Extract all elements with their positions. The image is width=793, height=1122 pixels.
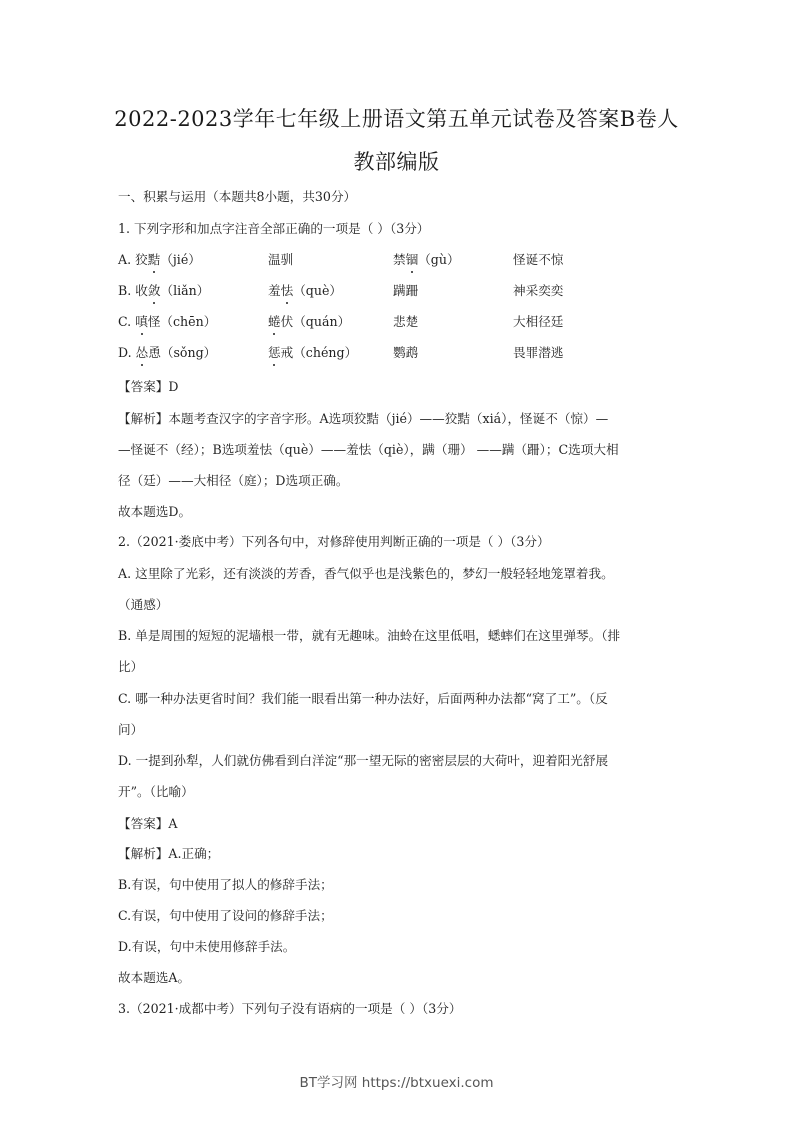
- q2-option-line-3: B. 单是周围的短短的泥墙根一带，就有无趣味。油蛉在这里低唱，蟋蟀们在这里弹琴。…: [118, 625, 620, 644]
- q2-option-line-2: （通感）: [118, 594, 168, 613]
- question-3-stem: 3.（2021·成都中考）下列句子没有语病的一项是（ ）（3分）: [118, 998, 461, 1017]
- q2-analysis-line-2: B.有误，句中使用了拟人的修辞手法；: [118, 874, 333, 893]
- q2-option-line-4: 比）: [118, 656, 143, 675]
- q1-d-cell-2: 惩戒（chéng）: [268, 342, 357, 361]
- q1-c-cell-4: 大相径廷: [513, 311, 563, 330]
- q1-a-cell-4: 怪诞不惊: [513, 249, 563, 268]
- q1-conclusion: 故本题选D。: [118, 501, 191, 520]
- q1-b-cell-2: 羞怯（què）: [268, 280, 342, 299]
- q2-answer: 【答案】A: [118, 813, 177, 832]
- question-1-stem: 1. 下列字形和加点字注音全部正确的一项是（ ）（3分）: [118, 218, 429, 237]
- q1-analysis-line-3: 径（廷）——大相径（庭）；D选项正确。: [118, 470, 349, 489]
- q1-a-cell-1: A. 狡黠（jié）: [118, 249, 201, 268]
- q1-a-cell-2: 温驯: [268, 249, 293, 268]
- q2-analysis-line-4: D.有误，句中未使用修辞手法。: [118, 936, 295, 955]
- q2-option-line-1: A. 这里除了光彩，还有淡淡的芳香，香气似乎也是浅紫色的，梦幻一般轻轻地笼罩着我…: [118, 563, 614, 582]
- q1-b-cell-1: B. 收敛（liǎn）: [118, 280, 209, 299]
- q1-b-cell-4: 神采奕奕: [513, 280, 563, 299]
- q1-d-cell-4: 畏罪潜逃: [513, 342, 563, 361]
- q1-b-cell-3: 蹒跚: [393, 280, 418, 299]
- q2-option-line-6: 问）: [118, 719, 143, 738]
- document-page: 2022-2023学年七年级上册语文第五单元试卷及答案B卷人 教部编版 一、积累…: [0, 0, 793, 1122]
- q1-c-cell-3: 悲楚: [393, 311, 418, 330]
- q1-answer: 【答案】D: [118, 376, 178, 395]
- q1-analysis-line-2: —怪诞不（经）；B选项羞怯（què）——羞怯（qiè），蹒（珊） ——蹒（跚）；…: [118, 439, 619, 458]
- q2-conclusion: 故本题选A。: [118, 967, 190, 986]
- q2-analysis-line-1: 【解析】A.正确；: [118, 843, 219, 862]
- q1-d-cell-1: D. 怂恿（sǒng）: [118, 342, 216, 361]
- site-watermark: BT学习网 https://btxuexi.com: [0, 1071, 793, 1091]
- q1-c-cell-2: 蜷伏（quán）: [268, 311, 350, 330]
- q1-c-cell-1: C. 嗔怪（chēn）: [118, 311, 216, 330]
- q1-option-a: A. 狡黠（jié） 温驯 禁锢（gù） 怪诞不惊: [118, 249, 718, 269]
- q1-d-cell-3: 鹦鹉: [393, 342, 418, 361]
- q2-option-line-8: 开”。（比喻）: [118, 781, 194, 800]
- q1-option-b: B. 收敛（liǎn） 羞怯（què） 蹒跚 神采奕奕: [118, 280, 718, 300]
- q1-option-c: C. 嗔怪（chēn） 蜷伏（quán） 悲楚 大相径廷: [118, 311, 718, 331]
- q2-option-line-5: C. 哪一种办法更省时间？我们能一眼看出第一种办法好，后面两种办法都“窝了工”。…: [118, 688, 608, 707]
- q1-option-d: D. 怂恿（sǒng） 惩戒（chéng） 鹦鹉 畏罪潜逃: [118, 342, 718, 362]
- question-2-stem: 2.（2021·娄底中考）下列各句中，对修辞使用判断正确的一项是（ ）（3分）: [118, 531, 550, 550]
- q1-analysis-line-1: 【解析】本题考查汉字的字音字形。A选项狡黠（jié）——狡黠（xiá），怪诞不（…: [118, 408, 608, 427]
- section-heading: 一、积累与运用（本题共8小题，共30分）: [118, 186, 356, 205]
- q1-a-cell-3: 禁锢（gù）: [393, 249, 460, 268]
- q2-option-line-7: D. 一提到孙犁，人们就仿佛看到白洋淀“那一望无际的密密层层的大荷叶，迎着阳光舒…: [118, 750, 608, 769]
- document-title-line-2: 教部编版: [0, 146, 793, 176]
- document-title-line-1: 2022-2023学年七年级上册语文第五单元试卷及答案B卷人: [0, 103, 793, 133]
- q2-analysis-line-3: C.有误，句中使用了设问的修辞手法；: [118, 905, 333, 924]
